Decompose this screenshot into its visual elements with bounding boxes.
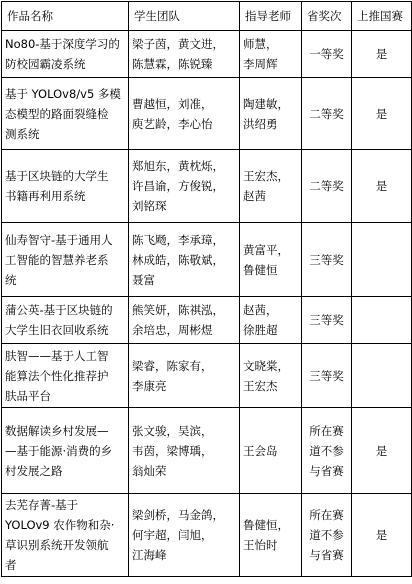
- col-header-national: 上推国赛: [352, 2, 412, 31]
- student-team-cell: 熊笑妍，陈祺泓， 余培忠，周彬煜: [129, 297, 240, 344]
- table-row: 去芜存菁-基于 YOLOv9 农作物和杂· 草识别系统开发领航 者 梁剑桥，马金…: [2, 494, 412, 577]
- national-cell: 是: [352, 150, 412, 223]
- col-header-advisor: 指导老师: [240, 2, 302, 31]
- table-row: 肤智——基于人工智 能算法个性化推荐护 肤品平台 梁睿，陈家有， 李康亮 文晓棠…: [2, 344, 412, 408]
- award-level-cell: 所在赛 道不参 与省赛: [302, 494, 352, 577]
- student-team-cell: 郑旭东，黄枕烁， 许昌谕，方俊锐， 刘铭琛: [129, 150, 240, 223]
- student-team-cell: 梁子茵，黄文进， 陈慧霖，陈锐臻: [129, 31, 240, 78]
- national-cell: 是: [352, 494, 412, 577]
- work-name-cell: 仙寿智守-基于通用人 工智能的智慧养老系 统: [2, 223, 129, 297]
- col-header-award-level: 省奖次: [302, 2, 352, 31]
- table-row: 基于 YOLOv8/v5 多模 态模型的路面裂缝检 测系统 曹越恒，刘准， 庾艺…: [2, 78, 412, 150]
- national-cell: 是: [352, 31, 412, 78]
- table-row: 数据解读乡村发展— —基于能源·消费的乡 村发展之路 张文骏，吴滨， 韦茵，梁博…: [2, 408, 412, 494]
- work-name-cell: 去芜存菁-基于 YOLOv9 农作物和杂· 草识别系统开发领航 者: [2, 494, 129, 577]
- award-level-cell: 一等奖: [302, 31, 352, 78]
- advisor-cell: 师慧， 李周辉: [240, 31, 302, 78]
- work-name-cell: 数据解读乡村发展— —基于能源·消费的乡 村发展之路: [2, 408, 129, 494]
- advisor-cell: 王会岛: [240, 408, 302, 494]
- col-header-work-name: 作品名称: [2, 2, 129, 31]
- table-row: 仙寿智守-基于通用人 工智能的智慧养老系 统 陈飞飏，李承璋， 林成皓，陈敬斌，…: [2, 223, 412, 297]
- work-name-cell: 蒲公英-基于区块链的 大学生旧衣回收系统: [2, 297, 129, 344]
- work-name-cell: 肤智——基于人工智 能算法个性化推荐护 肤品平台: [2, 344, 129, 408]
- table-row: 蒲公英-基于区块链的 大学生旧衣回收系统 熊笑妍，陈祺泓， 余培忠，周彬煜 赵茜…: [2, 297, 412, 344]
- award-level-cell: 所在赛 道不参 与省赛: [302, 408, 352, 494]
- award-level-cell: 三等奖: [302, 344, 352, 408]
- student-team-cell: 陈飞飏，李承璋， 林成皓，陈敬斌， 聂富: [129, 223, 240, 297]
- col-header-student-team: 学生团队: [129, 2, 240, 31]
- advisor-cell: 赵茜， 徐胜超: [240, 297, 302, 344]
- student-team-cell: 张文骏，吴滨， 韦茵，梁博瑀， 翁灿荣: [129, 408, 240, 494]
- advisor-cell: 陶建敏， 洪绍勇: [240, 78, 302, 150]
- advisor-cell: 王宏杰， 赵茜: [240, 150, 302, 223]
- national-cell: 是: [352, 78, 412, 150]
- header-row: 作品名称 学生团队 指导老师 省奖次 上推国赛: [2, 2, 412, 31]
- national-cell: [352, 297, 412, 344]
- national-cell: [352, 223, 412, 297]
- student-team-cell: 梁睿，陈家有， 李康亮: [129, 344, 240, 408]
- work-name-cell: 基于 YOLOv8/v5 多模 态模型的路面裂缝检 测系统: [2, 78, 129, 150]
- award-results-table: 作品名称 学生团队 指导老师 省奖次 上推国赛 No80-基于深度学习的 防校园…: [1, 1, 412, 577]
- award-level-cell: 二等奖: [302, 150, 352, 223]
- award-level-cell: 二等奖: [302, 78, 352, 150]
- national-cell: [352, 344, 412, 408]
- national-cell: 是: [352, 408, 412, 494]
- table-row: No80-基于深度学习的 防校园霸凌系统 梁子茵，黄文进， 陈慧霖，陈锐臻 师慧…: [2, 31, 412, 78]
- award-level-cell: 三等奖: [302, 297, 352, 344]
- award-level-cell: 三等奖: [302, 223, 352, 297]
- work-name-cell: No80-基于深度学习的 防校园霸凌系统: [2, 31, 129, 78]
- student-team-cell: 曹越恒，刘准， 庾艺龄，李心怡: [129, 78, 240, 150]
- work-name-cell: 基于区块链的大学生 书籍再利用系统: [2, 150, 129, 223]
- table-row: 基于区块链的大学生 书籍再利用系统 郑旭东，黄枕烁， 许昌谕，方俊锐， 刘铭琛 …: [2, 150, 412, 223]
- student-team-cell: 梁剑桥，马金鸽， 何宇超，闫旭， 江海峰: [129, 494, 240, 577]
- advisor-cell: 鲁健恒， 王怡时: [240, 494, 302, 577]
- advisor-cell: 文晓棠， 王宏杰: [240, 344, 302, 408]
- advisor-cell: 黄富平， 鲁健恒: [240, 223, 302, 297]
